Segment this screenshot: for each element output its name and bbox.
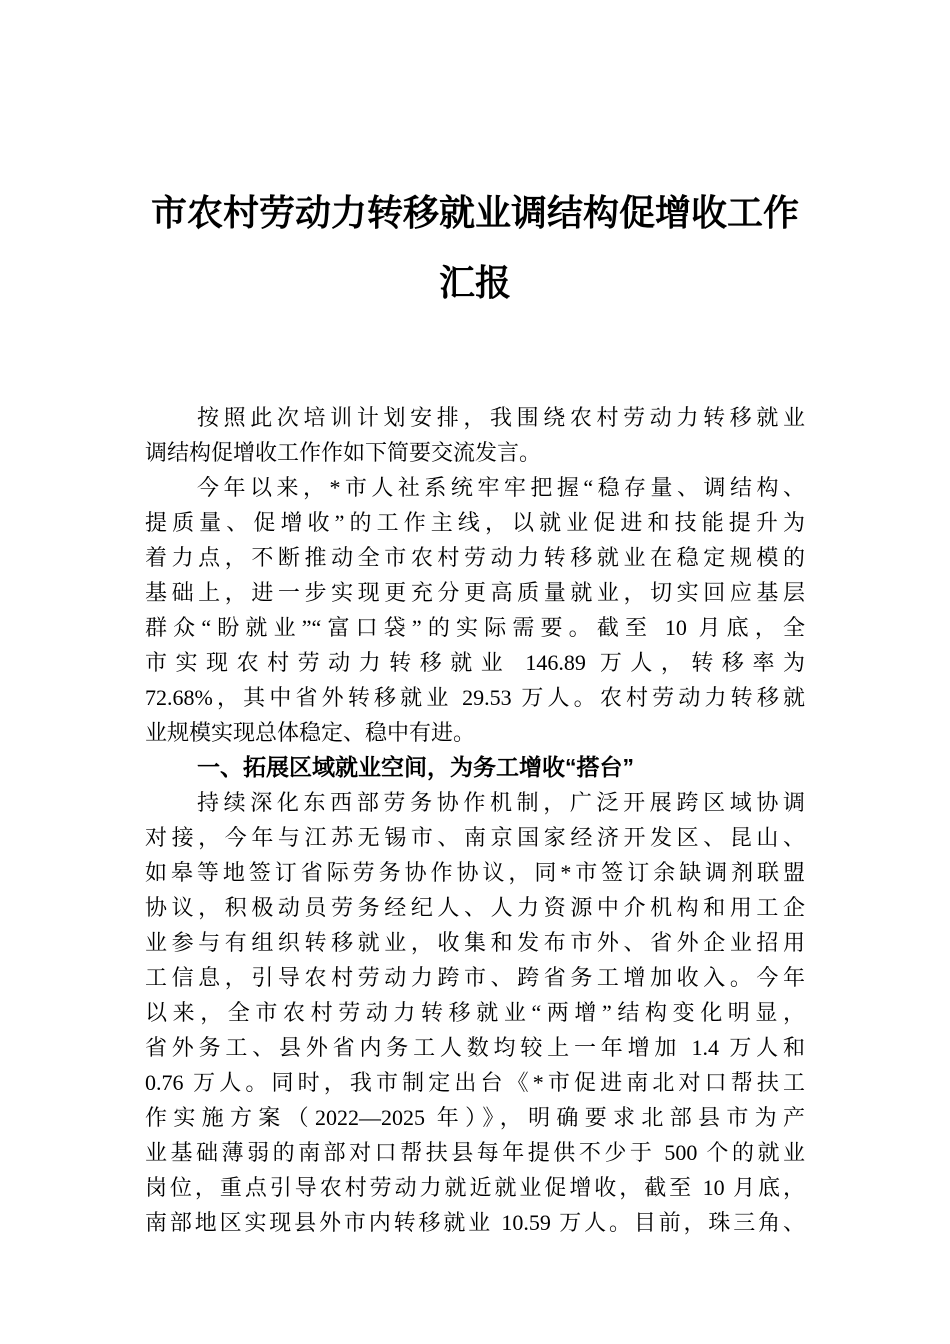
document-page: 市农村劳动力转移就业调结构促增收工作汇报 按照此次培训计划安排，我围绕农村劳动力… — [0, 0, 950, 1344]
text-line: 按照此次培训计划安排，我围绕农村劳动力转移就业 — [145, 400, 805, 435]
text-line: 市实现农村劳动力转移就业 146.89 万人，转移率为 — [145, 645, 805, 680]
text-line: 协议，积极动员劳务经纪人、人力资源中介机构和用工企 — [145, 890, 805, 925]
paragraph: 今年以来，*市人社系统牢牢把握“稳存量、调结构、提质量、促增收”的工作主线，以就… — [145, 470, 805, 750]
text-line: 岗位，重点引导农村劳动力就近就业促增收，截至 10 月底， — [145, 1170, 805, 1205]
paragraph: 按照此次培训计划安排，我围绕农村劳动力转移就业调结构促增收工作作如下简要交流发言… — [145, 400, 805, 470]
document-content: 市农村劳动力转移就业调结构促增收工作汇报 按照此次培训计划安排，我围绕农村劳动力… — [145, 0, 805, 1240]
text-line: 业参与有组织转移就业，收集和发布市外、省外企业招用 — [145, 925, 805, 960]
document-body: 按照此次培训计划安排，我围绕农村劳动力转移就业调结构促增收工作作如下简要交流发言… — [145, 400, 805, 1240]
text-line: 对接，今年与江苏无锡市、南京国家经济开发区、昆山、 — [145, 820, 805, 855]
text-line: 着力点，不断推动全市农村劳动力转移就业在稳定规模的 — [145, 540, 805, 575]
text-line: 南部地区实现县外市内转移就业 10.59 万人。目前，珠三角、 — [145, 1205, 805, 1240]
text-line: 以来，全市农村劳动力转移就业“两增”结构变化明显， — [145, 995, 805, 1030]
document-title-line: 汇报 — [145, 248, 805, 318]
text-line: 72.68%，其中省外转移就业 29.53 万人。农村劳动力转移就 — [145, 680, 805, 715]
text-line: 基础上，进一步实现更充分更高质量就业，切实回应基层 — [145, 575, 805, 610]
text-line: 业基础薄弱的南部对口帮扶县每年提供不少于 500 个的就业 — [145, 1135, 805, 1170]
text-line: 今年以来，*市人社系统牢牢把握“稳存量、调结构、 — [145, 470, 805, 505]
document-title-line: 市农村劳动力转移就业调结构促增收工作 — [145, 178, 805, 248]
document-title: 市农村劳动力转移就业调结构促增收工作汇报 — [145, 178, 805, 318]
text-line: 如皋等地签订省际劳务协作协议，同*市签订余缺调剂联盟 — [145, 855, 805, 890]
text-line: 调结构促增收工作作如下简要交流发言。 — [145, 435, 805, 470]
section-heading: 一、拓展区域就业空间，为务工增收“搭台” — [145, 750, 805, 785]
text-line: 作实施方案（2022—2025 年）》，明确要求北部县市为产 — [145, 1100, 805, 1135]
text-line: 0.76 万人。同时，我市制定出台《*市促进南北对口帮扶工 — [145, 1065, 805, 1100]
text-line: 省外务工、县外省内务工人数均较上一年增加 1.4 万人和 — [145, 1030, 805, 1065]
text-line: 业规模实现总体稳定、稳中有进。 — [145, 715, 805, 750]
text-line: 群众“盼就业”“富口袋”的实际需要。截至 10 月底，全 — [145, 610, 805, 645]
paragraph: 持续深化东西部劳务协作机制，广泛开展跨区域协调对接，今年与江苏无锡市、南京国家经… — [145, 785, 805, 1240]
text-line: 工信息，引导农村劳动力跨市、跨省务工增加收入。今年 — [145, 960, 805, 995]
text-line: 持续深化东西部劳务协作机制，广泛开展跨区域协调 — [145, 785, 805, 820]
text-line: 提质量、促增收”的工作主线，以就业促进和技能提升为 — [145, 505, 805, 540]
